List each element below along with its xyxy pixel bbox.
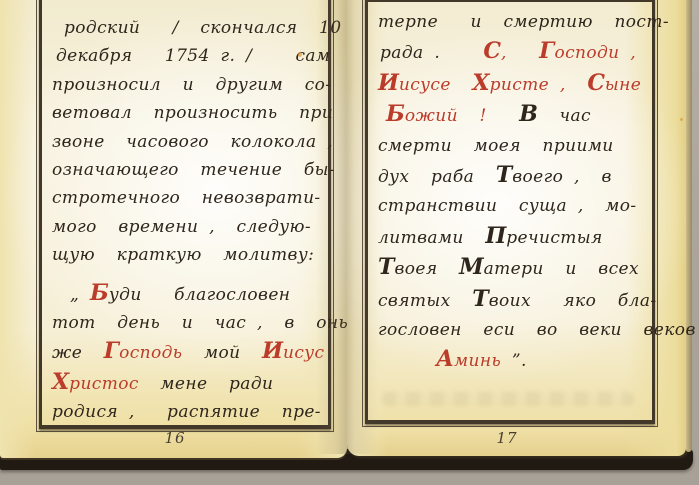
red-ink-text: Б <box>90 280 109 306</box>
scanner-background: { "document_type": "scanned open prayer … <box>0 0 699 485</box>
black-ink-text: звоне часового колокола , <box>52 132 333 152</box>
handwritten-line: рада . С, Господи , <box>378 37 646 68</box>
black-ink-text: дух раба <box>378 167 496 187</box>
red-ink-text: , <box>501 43 539 63</box>
handwritten-line: смерти моея приими <box>378 132 646 161</box>
handwritten-line: странствии суща , мо- <box>378 192 646 221</box>
handwritten-line: терпе и смертию пост- <box>378 8 646 37</box>
red-ink-text: ожий <box>405 106 458 126</box>
black-ink-text: „ <box>70 285 90 305</box>
black-ink-text: святых <box>378 291 472 311</box>
black-ink-text: гословен еси во веки веков . <box>378 320 699 340</box>
handwritten-text-right: терпе и смертию пост-рада . С, Господи ,… <box>378 8 646 377</box>
handwritten-line: стротечного невозврати- <box>52 184 324 212</box>
handwritten-line: означающего течение бы- <box>52 156 324 184</box>
paper-speck <box>298 52 302 57</box>
paper-speck <box>680 118 683 121</box>
handwritten-line: Христос мене ради <box>52 368 324 398</box>
black-ink-text: смерти моея приими <box>378 136 614 156</box>
black-ink-text: тот день и час , в онь <box>52 313 348 333</box>
red-ink-text: ыне <box>605 75 641 95</box>
handwritten-line: мого времени , следую- <box>52 213 324 241</box>
handwritten-line: литвами Пречистыя <box>378 222 646 253</box>
handwritten-line: декабря 1754 г. / сам <box>52 42 324 70</box>
black-ink-text: В <box>519 101 538 127</box>
black-ink-text: странствии суща , мо- <box>378 196 637 216</box>
handwritten-line: Иисусе Христе , Сыне <box>378 69 646 100</box>
black-ink-text: же <box>52 343 104 363</box>
handwritten-line: Твоея Матери и всех <box>378 253 646 284</box>
black-ink-text: литвами <box>378 228 485 248</box>
red-ink-text: С <box>587 70 605 96</box>
black-ink-text: М <box>459 254 483 280</box>
ink-bleedthrough-smudge <box>382 392 634 406</box>
black-ink-text: атери и всех <box>484 259 639 279</box>
black-ink-text: мого времени , следую- <box>52 217 311 237</box>
red-ink-text: осподи , <box>554 43 636 63</box>
black-ink-text: уди благословен <box>109 285 291 305</box>
black-ink-text: мене ради <box>139 374 274 394</box>
black-ink-text: речистыя <box>506 228 602 248</box>
red-ink-text: Х <box>472 70 489 96</box>
page-number-right: 17 <box>417 429 597 447</box>
handwritten-line: „ Буди благословен <box>52 279 324 309</box>
red-ink-text: осподь <box>119 343 182 363</box>
black-ink-text: означающего течение бы- <box>52 160 335 180</box>
handwritten-line: щую краткую молитву: <box>52 241 324 269</box>
red-ink-text: И <box>262 338 283 364</box>
black-ink-text: Т <box>472 286 488 312</box>
black-ink-text: декабря 1754 г. / сам <box>56 46 330 66</box>
black-ink-text: ”. <box>501 351 527 371</box>
handwritten-text-left: родский / скончался 10декабря 1754 г. / … <box>52 14 324 427</box>
black-ink-text: стротечного невозврати- <box>52 188 321 208</box>
handwritten-line: звоне часового колокола , <box>52 128 324 156</box>
red-ink-text: Г <box>104 338 119 364</box>
red-ink-text: Х <box>52 369 69 395</box>
red-ink-text: Б <box>386 101 405 127</box>
page-stack-edge <box>686 0 692 452</box>
red-ink-text: Г <box>539 38 554 64</box>
black-ink-text: воих яко бла- <box>489 291 657 311</box>
black-ink-text: ветовал произносить при <box>52 103 333 123</box>
page-number-left: 16 <box>85 429 265 447</box>
handwritten-line: ветовал произносить при <box>52 99 324 127</box>
handwritten-line: дух раба Твоего , в <box>378 161 646 192</box>
red-ink-text: ! <box>458 106 519 126</box>
black-ink-text: родися , распятие пре- <box>52 402 321 422</box>
handwritten-line: же Господь мой Иисус <box>52 337 324 367</box>
black-ink-text: Т <box>496 162 512 188</box>
handwritten-line: произносил и другим со- <box>52 71 324 99</box>
red-ink-text: ристе , <box>490 75 588 95</box>
red-ink-text: исус <box>283 343 324 363</box>
black-ink-text: П <box>485 223 506 249</box>
black-ink-text: рада . <box>380 43 483 63</box>
black-ink-text: терпе и смертию пост- <box>378 12 669 32</box>
red-ink-text: И <box>378 70 399 96</box>
handwritten-line: гословен еси во веки веков . <box>378 316 646 345</box>
handwritten-line: родский / скончался 10 <box>52 14 324 42</box>
handwritten-line: Аминь ”. <box>378 345 646 376</box>
open-book: родский / скончался 10декабря 1754 г. / … <box>0 0 699 485</box>
black-ink-text: произносил и другим со- <box>52 75 331 95</box>
handwritten-line: родися , распятие пре- <box>52 398 324 426</box>
black-ink-text: родский / скончался 10 <box>64 18 341 38</box>
black-ink-text: Т <box>378 254 394 280</box>
black-ink-text: воего , в <box>512 167 612 187</box>
red-ink-text: С <box>483 38 501 64</box>
red-ink-text: минь <box>454 351 501 371</box>
red-ink-text: ристос <box>69 374 139 394</box>
red-ink-text: исусе <box>399 75 473 95</box>
black-ink-text: мой <box>182 343 262 363</box>
black-ink-text: воея <box>394 259 459 279</box>
handwritten-line: тот день и час , в онь <box>52 309 324 337</box>
handwritten-line: святых Твоих яко бла- <box>378 285 646 316</box>
black-ink-text: щую краткую молитву: <box>52 245 314 265</box>
red-ink-text: А <box>436 346 454 372</box>
black-ink-text: час <box>538 106 591 126</box>
handwritten-line: Божий ! В час <box>378 100 646 131</box>
